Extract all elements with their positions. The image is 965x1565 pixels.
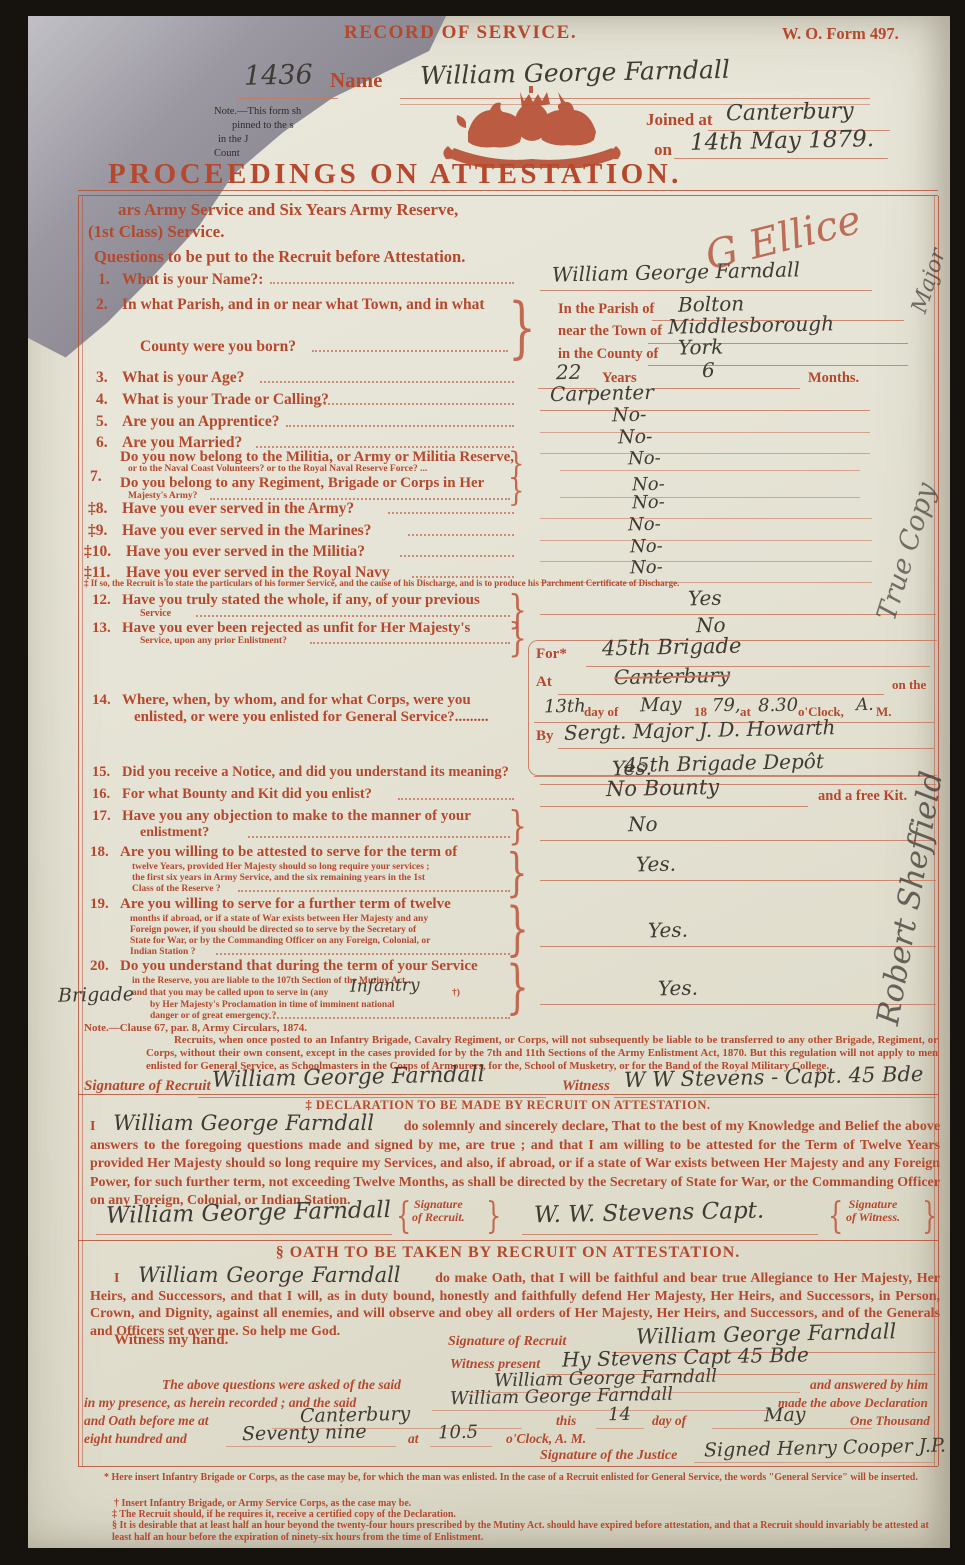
- q19-s2: Foreign power, if you should be directed…: [130, 925, 416, 935]
- decl-witness-brace-close: }: [922, 1198, 937, 1234]
- dot-leader: [286, 425, 514, 427]
- q2-brace: }: [508, 296, 536, 362]
- rule: [238, 98, 338, 99]
- q4-answer: Carpenter: [550, 380, 654, 406]
- q6-answer: No-: [618, 426, 653, 449]
- q20-s3: by Her Majesty's Proclamation in time of…: [150, 1000, 395, 1010]
- q3-text: What is your Age?: [122, 369, 244, 387]
- q8-text: Have you ever served in the Army?: [122, 500, 354, 518]
- form-number: W. O. Form 497.: [782, 24, 899, 44]
- q20-answer: Yes.: [658, 976, 698, 1001]
- rule: [534, 776, 934, 777]
- q14-by-value2: 45th Brigade Depôt: [624, 749, 824, 777]
- sign-row-witness-label: Witness: [562, 1078, 610, 1095]
- q18-s1: twelve Years, provided Her Majesty shoul…: [132, 862, 429, 872]
- q2-number: 2.: [96, 296, 108, 314]
- q10-answer: No-: [630, 536, 663, 558]
- q12-line2: Service: [140, 608, 171, 619]
- q19-answer: Yes.: [648, 918, 688, 943]
- dot-leader: [196, 615, 510, 617]
- q14-line2: enlisted, or were you enlisted for Gener…: [134, 709, 489, 726]
- oath-heading: § OATH TO BE TAKEN BY RECRUIT ON ATTESTA…: [78, 1244, 938, 1262]
- declaration-witness-signature: W. W. Stevens Capt.: [534, 1198, 765, 1229]
- q14-by-label: By: [536, 728, 554, 745]
- oath-day-of: day of: [652, 1413, 686, 1429]
- q9-text: Have you ever served in the Marines?: [122, 522, 371, 540]
- rule: [78, 1094, 938, 1095]
- q3-months-value: 6: [702, 358, 715, 382]
- rule: [540, 784, 936, 785]
- q20-brigade-margin: Brigade: [58, 983, 134, 1007]
- rule: [540, 840, 936, 841]
- q19-s4: Indian Station ?: [130, 947, 195, 957]
- q18-answer: Yes.: [636, 852, 676, 877]
- questions-heading: Questions to be put to the Recruit befor…: [94, 247, 465, 267]
- dot-leader: [256, 446, 514, 448]
- q7b-brace: }: [508, 476, 525, 507]
- footnote-double-dagger: ‡ The Recruit should, if he requires it,…: [112, 1509, 456, 1520]
- dot-leader: [262, 1017, 510, 1019]
- q17-number: 17.: [92, 808, 111, 825]
- q12-answer: Yes: [688, 586, 722, 611]
- frame-left-inner: [82, 196, 83, 1466]
- rule: [540, 432, 870, 433]
- rule: [540, 453, 870, 454]
- oath-i: I: [114, 1271, 119, 1286]
- q16-number: 16.: [92, 786, 110, 803]
- q20-dagger-mark: †): [452, 988, 460, 998]
- dot-leader: [238, 890, 510, 892]
- q4-number: 4.: [96, 391, 108, 409]
- q19-s3: State for War, or by the Commanding Offi…: [130, 936, 430, 946]
- q7-b1: Do you belong to any Regiment, Brigade o…: [120, 475, 484, 492]
- q18-line1: Are you willing to be attested to serve …: [120, 844, 457, 861]
- royal-coat-of-arms: [424, 84, 640, 168]
- q20-brace: }: [506, 960, 529, 1018]
- q20-line1: Do you understand that during the term o…: [120, 958, 478, 975]
- dot-leader: [248, 836, 510, 838]
- q2-line1: In what Parish, and in or near what Town…: [122, 296, 485, 314]
- q17-answer: No: [628, 812, 658, 837]
- q7-answer-a: No-: [628, 448, 661, 470]
- rule: [430, 1446, 492, 1447]
- rule: [540, 880, 936, 881]
- declaration-name: William George Farndall: [99, 1111, 400, 1135]
- q14-on-the: on the: [892, 677, 926, 693]
- q9-answer: No-: [628, 514, 661, 536]
- q7-a2: or to the Naval Coast Volunteers? or to …: [128, 464, 427, 474]
- dot-leader: [216, 953, 510, 955]
- q6-number: 6.: [96, 434, 108, 452]
- regimental-number: 1436: [244, 59, 313, 91]
- oath-day: 14: [608, 1404, 631, 1425]
- q14-day: 13th: [544, 696, 586, 718]
- q2-town-label: near the Town of: [558, 323, 662, 340]
- q1-text: What is your Name?:: [122, 271, 263, 289]
- q16-answer: No Bounty: [606, 775, 720, 801]
- q13-brace: }: [508, 620, 527, 659]
- rule: [226, 1446, 396, 1447]
- q18-s2: the first six years in Army Service, and…: [132, 873, 425, 883]
- q14-for-label: For*: [536, 646, 567, 663]
- q14-meridian: A.: [856, 695, 874, 715]
- footnote-dagger: † Insert Infantry Brigade, or Army Servi…: [114, 1498, 411, 1509]
- rule: [540, 518, 872, 519]
- q18-brace: }: [506, 848, 528, 899]
- q19-brace: }: [506, 902, 529, 960]
- q14-m-label: M.: [876, 704, 892, 720]
- sign-row-label: Signature of Recruit: [84, 1078, 211, 1095]
- rule: [540, 946, 936, 947]
- oath-time: 10.5: [438, 1422, 479, 1444]
- oath-one-thousand: One Thousand: [850, 1413, 930, 1429]
- q19-s1: months if abroad, or if a state of War e…: [130, 914, 428, 924]
- note-1874-label: Note.—Clause 67, par. 8, Army Circulars,…: [84, 1022, 307, 1034]
- dot-leader: [312, 350, 508, 352]
- rule: [674, 158, 888, 159]
- frame-left: [78, 196, 79, 1466]
- rule: [432, 1410, 772, 1411]
- oath-witness-hand: Witness my hand.: [114, 1332, 228, 1349]
- pin-note-line2: pinned to the s: [232, 120, 294, 131]
- q5-answer: No-: [612, 404, 647, 427]
- q11-answer: No-: [630, 557, 663, 579]
- q20-s2: and that you may be called upon to serve…: [132, 988, 328, 998]
- rule: [540, 561, 872, 562]
- oath-attest-2: and answered by him: [810, 1377, 928, 1393]
- q16-text: For what Bounty and Kit did you enlist?: [122, 786, 372, 803]
- oath-year-words: Seventy nine: [242, 1421, 367, 1446]
- q5-number: 5.: [96, 413, 108, 431]
- oath-at-label: at: [408, 1431, 419, 1447]
- joined-at-value: Canterbury: [726, 99, 854, 127]
- q16-suffix: and a free Kit.: [818, 788, 907, 805]
- q12-number: 12.: [92, 592, 111, 609]
- oath-name: William George Farndall: [124, 1263, 430, 1287]
- q7-number: 7.: [90, 468, 102, 486]
- dot-leader: [270, 282, 514, 284]
- oath-this-label: this: [556, 1413, 576, 1429]
- footnote-section: § It is desirable that at least half an …: [112, 1520, 936, 1544]
- q18-s3: Class of the Reserve ?: [132, 884, 221, 894]
- q2-county-value: York: [678, 335, 724, 360]
- q8-answer: No-: [632, 492, 665, 514]
- rule: [78, 1240, 938, 1241]
- rule: [540, 806, 808, 807]
- decl-recruit-brace-open: {: [396, 1198, 411, 1234]
- joined-on-label: on: [654, 140, 672, 160]
- decl-recruit-brace-close: }: [486, 1198, 501, 1234]
- dot-leader: [260, 381, 514, 383]
- service-terms-1: ars Army Service and Six Years Army Rese…: [118, 200, 458, 220]
- service-terms-2: (1st Class) Service.: [88, 222, 224, 242]
- oath-attest-6: eight hundred and: [84, 1431, 187, 1447]
- q14-day-of: day of: [584, 704, 618, 720]
- q10-number: ‡10.: [84, 543, 111, 561]
- q20-s4: danger or of great emergency ?: [150, 1011, 276, 1021]
- q13-line2: Service, upon any prior Enlistment?: [140, 636, 287, 646]
- rule: [96, 1234, 392, 1235]
- pin-note-line1: Note.—This form sh: [214, 106, 301, 117]
- decl-witness-brace-open: {: [828, 1198, 843, 1234]
- decl-witness-sig-label: Signature of Witness.: [846, 1198, 900, 1224]
- q15-text: Did you receive a Notice, and did you un…: [122, 764, 509, 781]
- oath-attest-5: and Oath before me at: [84, 1413, 209, 1429]
- q10-text: Have you ever served in the Militia?: [126, 543, 365, 561]
- q17-line2: enlistment?: [140, 825, 209, 841]
- q14-year: 79,: [712, 695, 741, 717]
- q2-parish-label: In the Parish of: [558, 301, 654, 318]
- q13-number: 13.: [92, 620, 111, 637]
- q14-number: 14.: [92, 692, 111, 709]
- dot-leader: [408, 534, 514, 536]
- rule: [560, 470, 860, 471]
- q14-month: May: [640, 694, 682, 717]
- q17-line1: Have you any objection to make to the ma…: [122, 808, 471, 825]
- q4-text: What is your Trade or Calling?: [122, 391, 329, 409]
- q14-for-value: 45th Brigade: [602, 634, 742, 661]
- rule: [648, 365, 908, 366]
- q2-line2: County were you born?: [140, 338, 296, 356]
- discharge-footnote: ‡ If so, the Recruit is to state the par…: [84, 578, 679, 588]
- q19-line1: Are you willing to serve for a further t…: [120, 896, 451, 913]
- rule: [712, 1428, 872, 1429]
- q5-text: Are you an Apprentice?: [122, 413, 279, 431]
- rule: [78, 190, 938, 191]
- rule: [78, 195, 938, 196]
- q20-number: 20.: [90, 958, 109, 975]
- rule: [78, 1466, 938, 1467]
- q1-number: 1.: [98, 271, 110, 289]
- q14-at-value: Canterbury: [614, 663, 731, 689]
- pin-note-line3: in the J: [218, 134, 248, 145]
- oath-month: May: [764, 1404, 806, 1427]
- rule: [522, 1234, 818, 1235]
- rule: [540, 540, 872, 541]
- q12-line1: Have you truly stated the whole, if any,…: [122, 592, 480, 609]
- oath-oclock: o'Clock, A. M.: [506, 1431, 586, 1447]
- decl-recruit-sig-label: Signature of Recruit.: [412, 1198, 465, 1224]
- q14-time: 8.30: [758, 695, 799, 717]
- rule: [560, 497, 860, 498]
- q19-number: 19.: [90, 896, 109, 913]
- joined-on-value: 14th May 1879.: [690, 126, 875, 156]
- oath-justice-label: Signature of the Justice: [540, 1448, 677, 1464]
- section-heading: PROCEEDINGS ON ATTESTATION.: [108, 158, 682, 191]
- q13-line1: Have you ever been rejected as unfit for…: [122, 620, 470, 637]
- q14-at-label: At: [536, 674, 552, 691]
- rule: [540, 290, 872, 291]
- q3-months-label: Months.: [808, 370, 859, 387]
- dot-leader: [310, 642, 510, 644]
- oath-sig-recruit-label: Signature of Recruit: [448, 1334, 566, 1350]
- dot-leader: [398, 798, 514, 800]
- rule: [652, 388, 800, 389]
- rule: [694, 1462, 934, 1463]
- dot-leader: [400, 555, 514, 557]
- oath-attest-1: The above questions were asked of the sa…: [162, 1377, 401, 1393]
- declaration-i: I: [90, 1119, 95, 1134]
- q18-number: 18.: [90, 844, 109, 861]
- attestation-form-scan: RECORD OF SERVICE. W. O. Form 497. 1436 …: [0, 0, 965, 1565]
- footnote-star: * Here insert Infantry Brigade or Corps,…: [104, 1472, 936, 1484]
- rule: [596, 1428, 644, 1429]
- q14-line1: Where, when, by whom, and for what Corps…: [122, 692, 471, 709]
- rule: [540, 410, 870, 411]
- declaration-paragraph: I William George Farndall do solemnly an…: [90, 1110, 940, 1210]
- q8-number: ‡8.: [88, 500, 107, 518]
- q20-infantry-insert: Infantry: [350, 975, 420, 996]
- dot-leader: [316, 403, 514, 405]
- q15-number: 15.: [92, 764, 110, 781]
- name-label: Name: [330, 68, 382, 93]
- q3-number: 3.: [96, 369, 108, 387]
- page-title: RECORD OF SERVICE.: [344, 22, 577, 44]
- dot-leader: [388, 512, 514, 514]
- rule: [558, 748, 934, 749]
- q9-number: ‡9.: [88, 522, 107, 540]
- q17-brace: }: [508, 808, 527, 847]
- joined-at-label: Joined at: [646, 110, 713, 130]
